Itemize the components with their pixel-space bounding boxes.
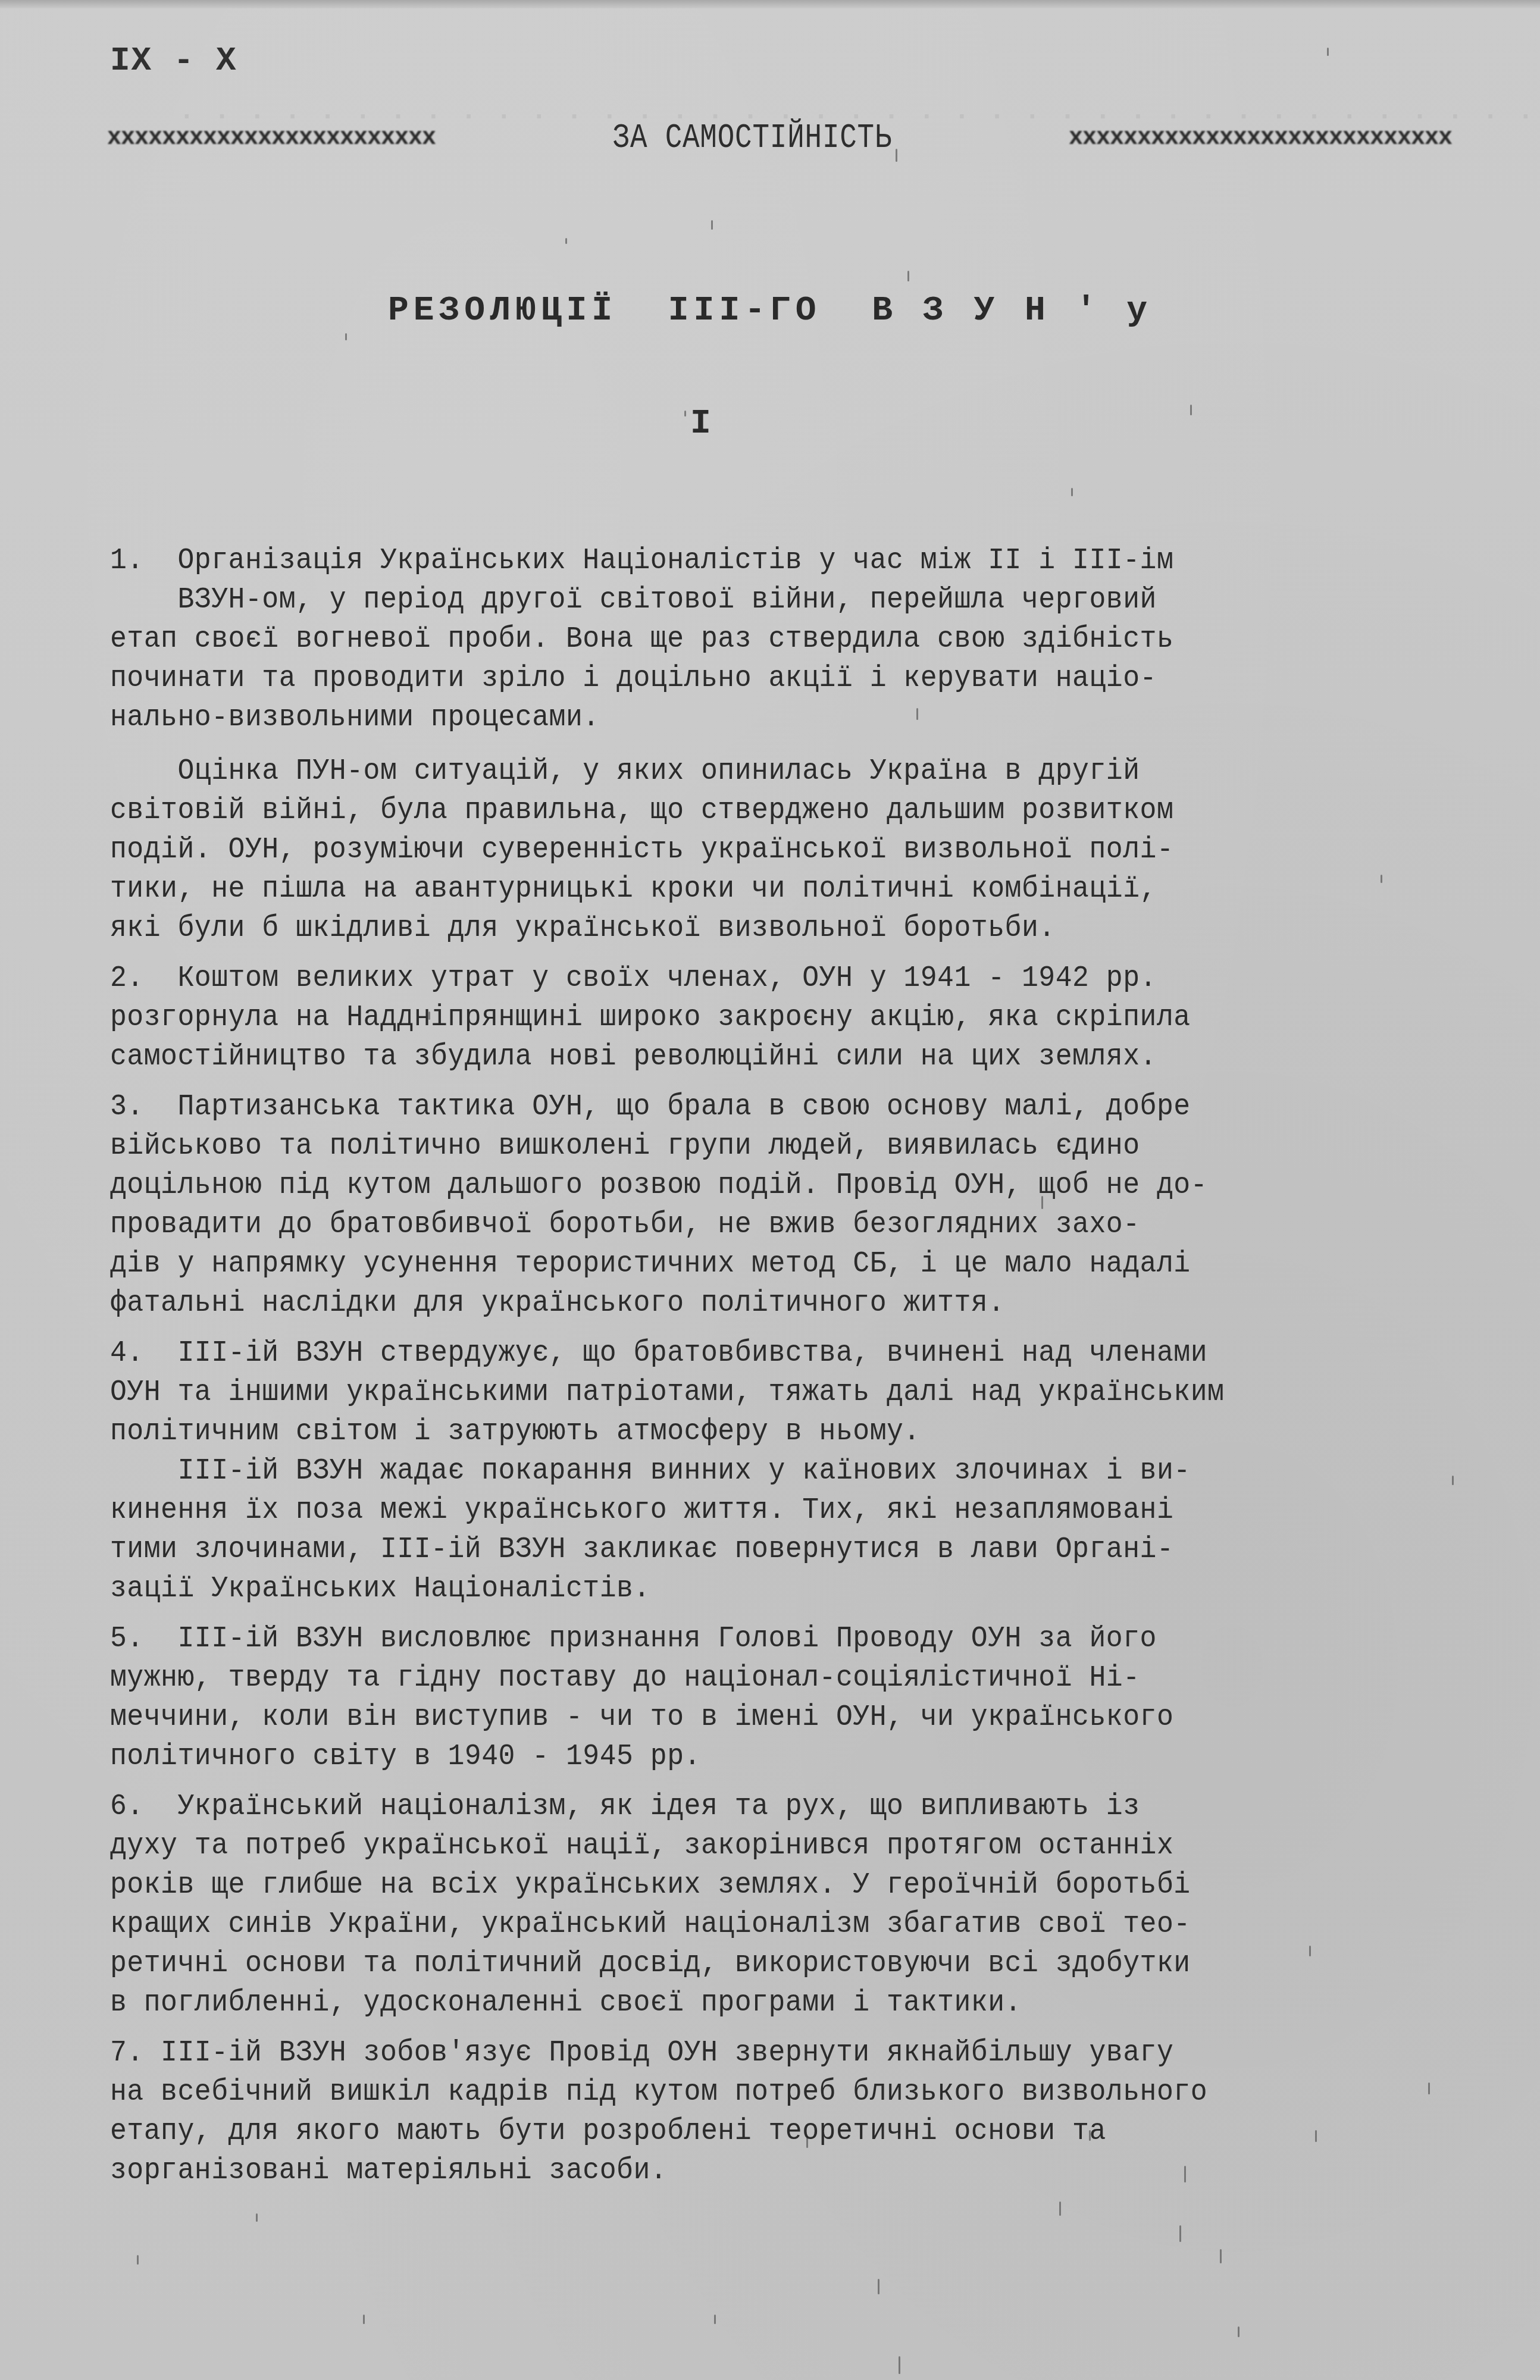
- text-line: кинення їх поза межі українського життя.…: [110, 1491, 1378, 1530]
- text-line: починати та проводити зріло і доцільно а…: [110, 659, 1378, 699]
- text-line: фатальні наслідки для українського політ…: [110, 1284, 1378, 1323]
- text-line: Оцінка ПУН-ом ситуацій, у яких опинилась…: [110, 752, 1378, 791]
- text-line: самостійництво та збудила нові революцій…: [110, 1038, 1378, 1077]
- text-line: ретичні основи та політичний досвід, вик…: [110, 1944, 1378, 1984]
- text-line: ОУН та іншими українськими патріотами, т…: [110, 1373, 1378, 1413]
- text-line: ВЗУН-ом, у період другої світової війни,…: [110, 581, 1378, 620]
- text-line: які були б шкідливі для української визв…: [110, 909, 1378, 948]
- text-line: 3. Партизанська тактика ОУН, що брала в …: [110, 1088, 1378, 1127]
- text-line: кращих синів України, український націон…: [110, 1905, 1378, 1944]
- text-line: політичного світу в 1940 - 1945 рр.: [110, 1737, 1378, 1777]
- text-line: військово та політично вишколені групи л…: [110, 1127, 1378, 1166]
- resolution-5: 5. ІІІ-ій ВЗУН висловлює признання Голов…: [110, 1620, 1473, 1777]
- text-line: етап своєї вогневої проби. Вона ще раз с…: [110, 620, 1378, 659]
- text-line: етапу, для якого мають бути розроблені т…: [110, 2112, 1378, 2152]
- text-line: 1. Організація Українських Націоналістів…: [110, 541, 1378, 581]
- resolution-1: 1. Організація Українських Націоналістів…: [110, 541, 1473, 738]
- resolution-6: 6. Український націоналізм, як ідея та р…: [110, 1787, 1473, 2023]
- text-line: років ще глибше на всіх українських земл…: [110, 1866, 1378, 1905]
- text-line: меччини, коли він виступив - чи то в іме…: [110, 1698, 1378, 1737]
- text-line: розгорнула на Наддніпрянщині широко закр…: [110, 998, 1378, 1038]
- text-line: тими злочинами, ІІІ-ій ВЗУН закликає пов…: [110, 1530, 1378, 1570]
- page-reference: IX - X: [110, 42, 237, 80]
- text-line: доцільною під кутом дальшого розвою поді…: [110, 1166, 1378, 1205]
- resolution-3: 3. Партизанська тактика ОУН, що брала в …: [110, 1088, 1473, 1323]
- resolution-2: 2. Коштом великих утрат у своїх членах, …: [110, 959, 1473, 1077]
- text-line: 2. Коштом великих утрат у своїх членах, …: [110, 959, 1378, 998]
- text-line: провадити до братовбивчої боротьби, не в…: [110, 1205, 1378, 1245]
- text-line: духу та потреб української нації, закорі…: [110, 1827, 1378, 1866]
- text-line: тики, не пішла на авантурницькі кроки чи…: [110, 870, 1378, 909]
- text-line: світовій війні, була правильна, що ствер…: [110, 791, 1378, 831]
- text-line: 7. ІІІ-ій ВЗУН зобов'язує Провід ОУН зве…: [110, 2034, 1378, 2073]
- document-body: 1. Організація Українських Націоналістів…: [110, 541, 1473, 2201]
- text-line: в поглибленні, удосконаленні своєї прогр…: [110, 1984, 1378, 2023]
- text-line: дів у напрямку усунення терористичних ме…: [110, 1245, 1378, 1284]
- resolution-4: 4. ІІІ-ій ВЗУН ствердужує, що братовбивс…: [110, 1334, 1473, 1609]
- header-left-strikeout: xxxxxxxxxxxxxxxxxxxxxxxx: [107, 125, 436, 152]
- text-line: ІІІ-ій ВЗУН жадає покарання винних у каї…: [110, 1452, 1378, 1491]
- text-line: зорганізовані матеріяльні засоби.: [110, 2152, 1378, 2191]
- text-line: 5. ІІІ-ій ВЗУН висловлює признання Голов…: [110, 1620, 1378, 1659]
- header-title: ЗА САМОСТІЙНІСТЬ: [612, 119, 892, 158]
- text-line: 4. ІІІ-ій ВЗУН ствердужує, що братовбивс…: [110, 1334, 1378, 1373]
- text-line: нально-визвольними процесами.: [110, 699, 1378, 738]
- resolution-7: 7. ІІІ-ій ВЗУН зобов'язує Провід ОУН зве…: [110, 2034, 1473, 2191]
- text-line: подій. ОУН, розуміючи суверенність украї…: [110, 831, 1378, 870]
- text-line: мужню, тверду та гідну поставу до націон…: [110, 1659, 1378, 1698]
- header-line: xxxxxxxxxxxxxxxxxxxxxxxx ЗА САМОСТІЙНІСТ…: [107, 119, 1452, 158]
- text-line: 6. Український націоналізм, як ідея та р…: [110, 1787, 1378, 1827]
- resolution-1-continued: Оцінка ПУН-ом ситуацій, у яких опинилась…: [110, 752, 1473, 948]
- page-top-edge: [0, 0, 1540, 8]
- text-line: політичним світом і затруюють атмосферу …: [110, 1413, 1378, 1452]
- text-line: зації Українських Націоналістів.: [110, 1570, 1378, 1609]
- header-right-strikeout: xxxxxxxxxxxxxxxxxxxxxxxxxxxx: [1069, 125, 1452, 152]
- section-numeral: І: [690, 405, 711, 443]
- document-title: РЕЗОЛЮЦІЇ ІІІ-ГО В З У Н ' у: [0, 292, 1540, 330]
- text-line: на всебічний вишкіл кадрів під кутом пот…: [110, 2073, 1378, 2112]
